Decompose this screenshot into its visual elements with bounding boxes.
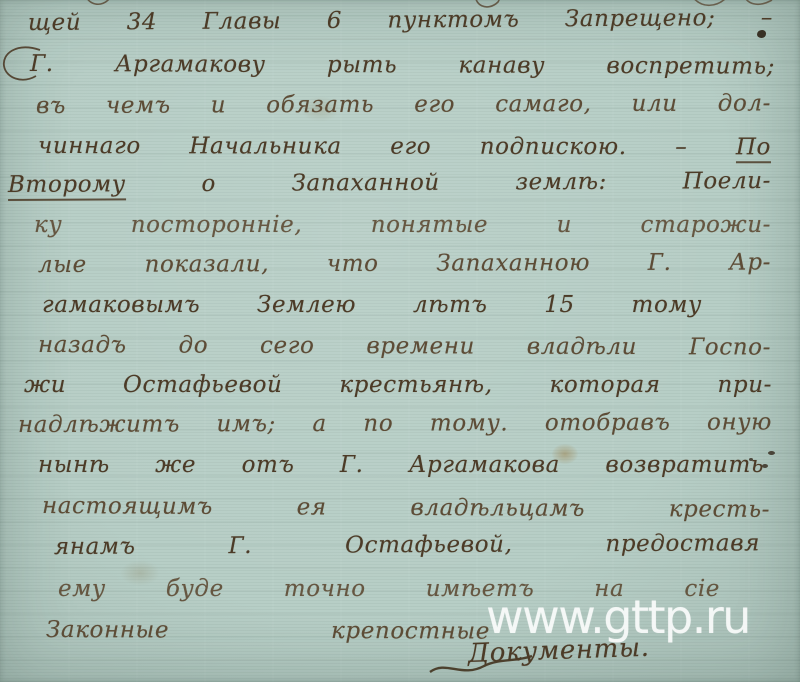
underlined-word-po: По <box>736 134 771 163</box>
manuscript-line-9: назадъ до сего времени владѣли Госпо- <box>38 330 771 363</box>
manuscript-line-1: щей 34 Главы 6 пунктомъ Запрещено; – <box>28 3 773 38</box>
line-5-text: о Запаханной землѣ: Поели- <box>201 168 771 197</box>
site-watermark: www.gttp.ru <box>486 594 750 640</box>
line-4-text: чиннаго Начальника его подпискою. – <box>38 133 687 160</box>
ink-speck <box>768 451 775 455</box>
manuscript-line-10: жи Остафьевой крестьянѣ, которая при- <box>24 370 772 400</box>
manuscript-line-12: нынѣ же отъ Г. Аргамакова возвратить <box>38 450 764 480</box>
manuscript-line-13: настоящимъ ея владѣльцамъ кресть- <box>42 491 770 525</box>
manuscript-line-5: Второму о Запаханной землѣ: Поели- <box>8 166 771 200</box>
manuscript-line-8: гамаковымъ Землею лѣтъ 15 тому <box>42 290 702 320</box>
manuscript-line-6: ку посторонніе, понятые и старожи- <box>34 210 771 240</box>
manuscript-line-2: Г. Аргамакову рыть канаву воспретить; <box>30 49 775 82</box>
manuscript-scan: щей 34 Главы 6 пунктомъ Запрещено; – Г. … <box>0 0 800 682</box>
manuscript-line-16: Законные крепостные <box>46 615 490 647</box>
manuscript-line-7: лые показали, что Запаханною Г. Ар- <box>38 247 771 280</box>
manuscript-line-11: надлѣжитъ имъ; а по тому. отобравъ оную <box>18 407 772 440</box>
underlined-word-vtoromu: Второму <box>8 171 126 201</box>
manuscript-line-4: чиннаго Начальника его подпискою. – По <box>38 131 771 162</box>
manuscript-line-14: янамъ Г. Остафьевой, предоставя <box>54 528 760 562</box>
manuscript-line-3: въ чемъ и обязать его самаго, или дол- <box>36 88 771 121</box>
